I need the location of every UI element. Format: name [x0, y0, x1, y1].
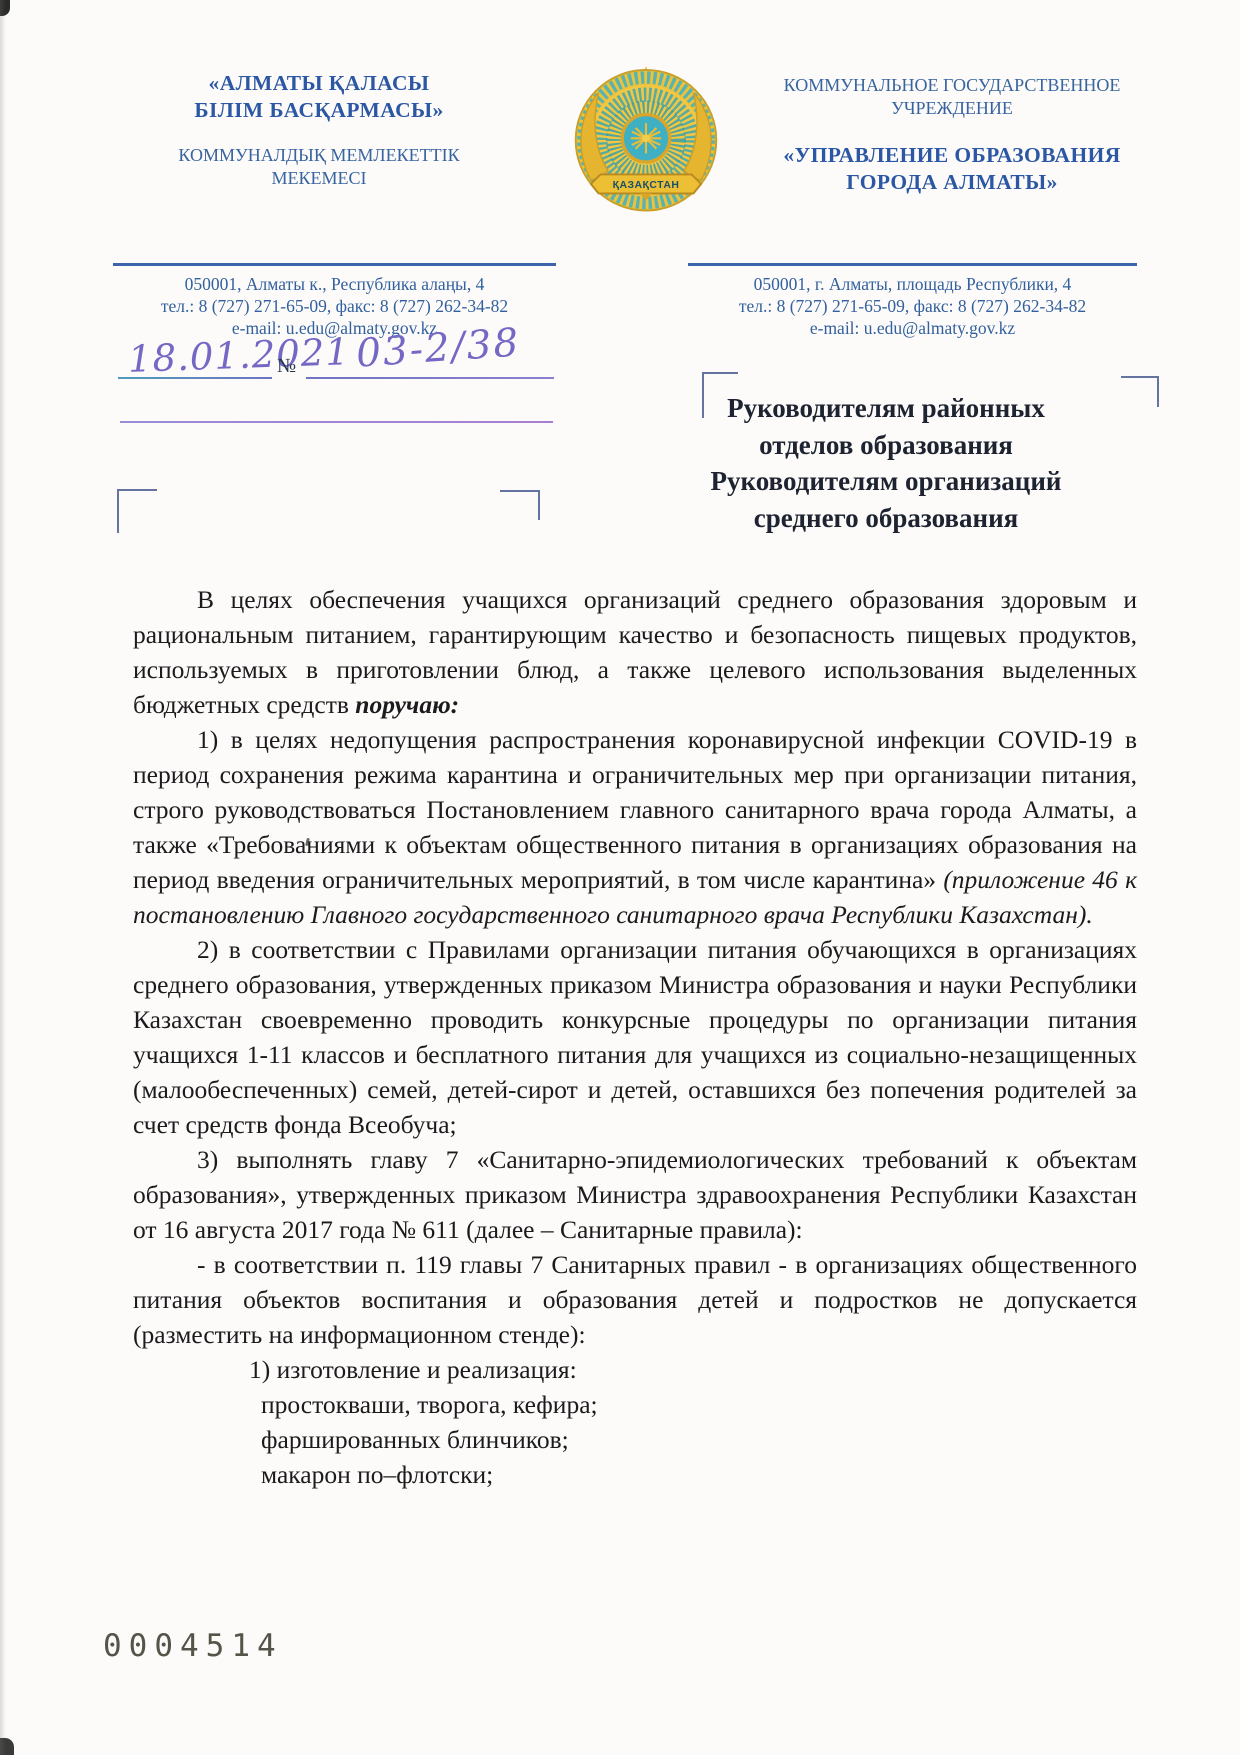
header-rule-left: [113, 263, 556, 266]
kazakhstan-coat-of-arms-icon: ҚАЗАҚСТАН: [570, 60, 722, 228]
org-title-line: «УПРАВЛЕНИЕ ОБРАЗОВАНИЯ: [742, 142, 1162, 169]
number-underline: [306, 377, 554, 379]
handwritten-date: 18.01.2021: [127, 330, 350, 381]
prohibited-list-item: фаршированных блинчиков;: [133, 1422, 1137, 1457]
paragraph-item-2: 2) в соответствии с Правилами организаци…: [133, 932, 1137, 1142]
scan-edge-shadow: [0, 0, 6, 1755]
paragraph-intro: В целях обеспечения учащихся организаций…: [133, 582, 1137, 722]
org-title-line: БІЛІМ БАСҚАРМАСЫ»: [118, 97, 520, 124]
addressee-block: Руководителям районных отделов образован…: [640, 390, 1132, 536]
addressee-line: Руководителям районных: [640, 390, 1132, 427]
org-title-line: «АЛМАТЫ ҚАЛАСЫ: [118, 70, 520, 97]
blank-underline: [120, 421, 553, 423]
org-subtitle-line: УЧРЕЖДЕНИЕ: [742, 97, 1162, 120]
address-line: 050001, Алматы к., Республика алаңы, 4: [113, 273, 556, 295]
prohibited-list-intro: 1) изготовление и реализация:: [133, 1352, 1137, 1387]
phone-fax-line: тел.: 8 (727) 271-65-09, факс: 8 (727) 2…: [113, 295, 556, 317]
letter-body: В целях обеспечения учащихся организаций…: [133, 582, 1137, 1492]
corner-mark: [500, 490, 540, 520]
org-name-kazakh: «АЛМАТЫ ҚАЛАСЫ БІЛІМ БАСҚАРМАСЫ» КОММУНА…: [118, 70, 520, 190]
numero-sign: №: [277, 355, 296, 378]
org-name-russian: КОММУНАЛЬНОЕ ГОСУДАРСТВЕННОЕ УЧРЕЖДЕНИЕ …: [742, 74, 1162, 196]
email-line: e-mail: u.edu@almaty.gov.kz: [688, 317, 1137, 339]
scanned-letter-page: «АЛМАТЫ ҚАЛАСЫ БІЛІМ БАСҚАРМАСЫ» КОММУНА…: [0, 0, 1240, 1755]
date-underline: [118, 377, 272, 379]
org-subtitle-line: КОММУНАЛДЫҚ МЕМЛЕКЕТТІК: [118, 144, 520, 167]
org-subtitle-line: МЕКЕМЕСІ: [118, 167, 520, 190]
addressee-line: среднего образования: [640, 500, 1132, 537]
phone-fax-line: тел.: 8 (727) 271-65-09, факс: 8 (727) 2…: [688, 295, 1137, 317]
paragraph-text: В целях обеспечения учащихся организаций…: [133, 585, 1137, 719]
emblem-banner-text: ҚАЗАҚСТАН: [613, 180, 680, 191]
address-line: 050001, г. Алматы, площадь Республики, 4: [688, 273, 1137, 295]
addressee-line: отделов образования: [640, 427, 1132, 464]
addressee-line: Руководителям организаций: [640, 463, 1132, 500]
directive-word: поручаю:: [355, 690, 459, 719]
corner-mark: [117, 489, 157, 533]
paragraph-item-1: 1) в целях недопущения распространения к…: [133, 722, 1137, 932]
org-subtitle-line: КОММУНАЛЬНОЕ ГОСУДАРСТВЕННОЕ: [742, 74, 1162, 97]
org-title-line: ГОРОДА АЛМАТЫ»: [742, 169, 1162, 196]
prohibited-list-item: макарон по–флотски;: [133, 1457, 1137, 1492]
paragraph-rule-119: - в соответствии п. 119 главы 7 Санитарн…: [133, 1247, 1137, 1352]
header-rule-right: [688, 263, 1137, 266]
prohibited-list-item: простокваши, творога, кефира;: [133, 1387, 1137, 1422]
document-registration-number: 0004514: [103, 1628, 283, 1664]
contacts-russian: 050001, г. Алматы, площадь Республики, 4…: [688, 273, 1137, 339]
paragraph-item-3: 3) выполнять главу 7 «Санитарно-эпидемио…: [133, 1142, 1137, 1247]
